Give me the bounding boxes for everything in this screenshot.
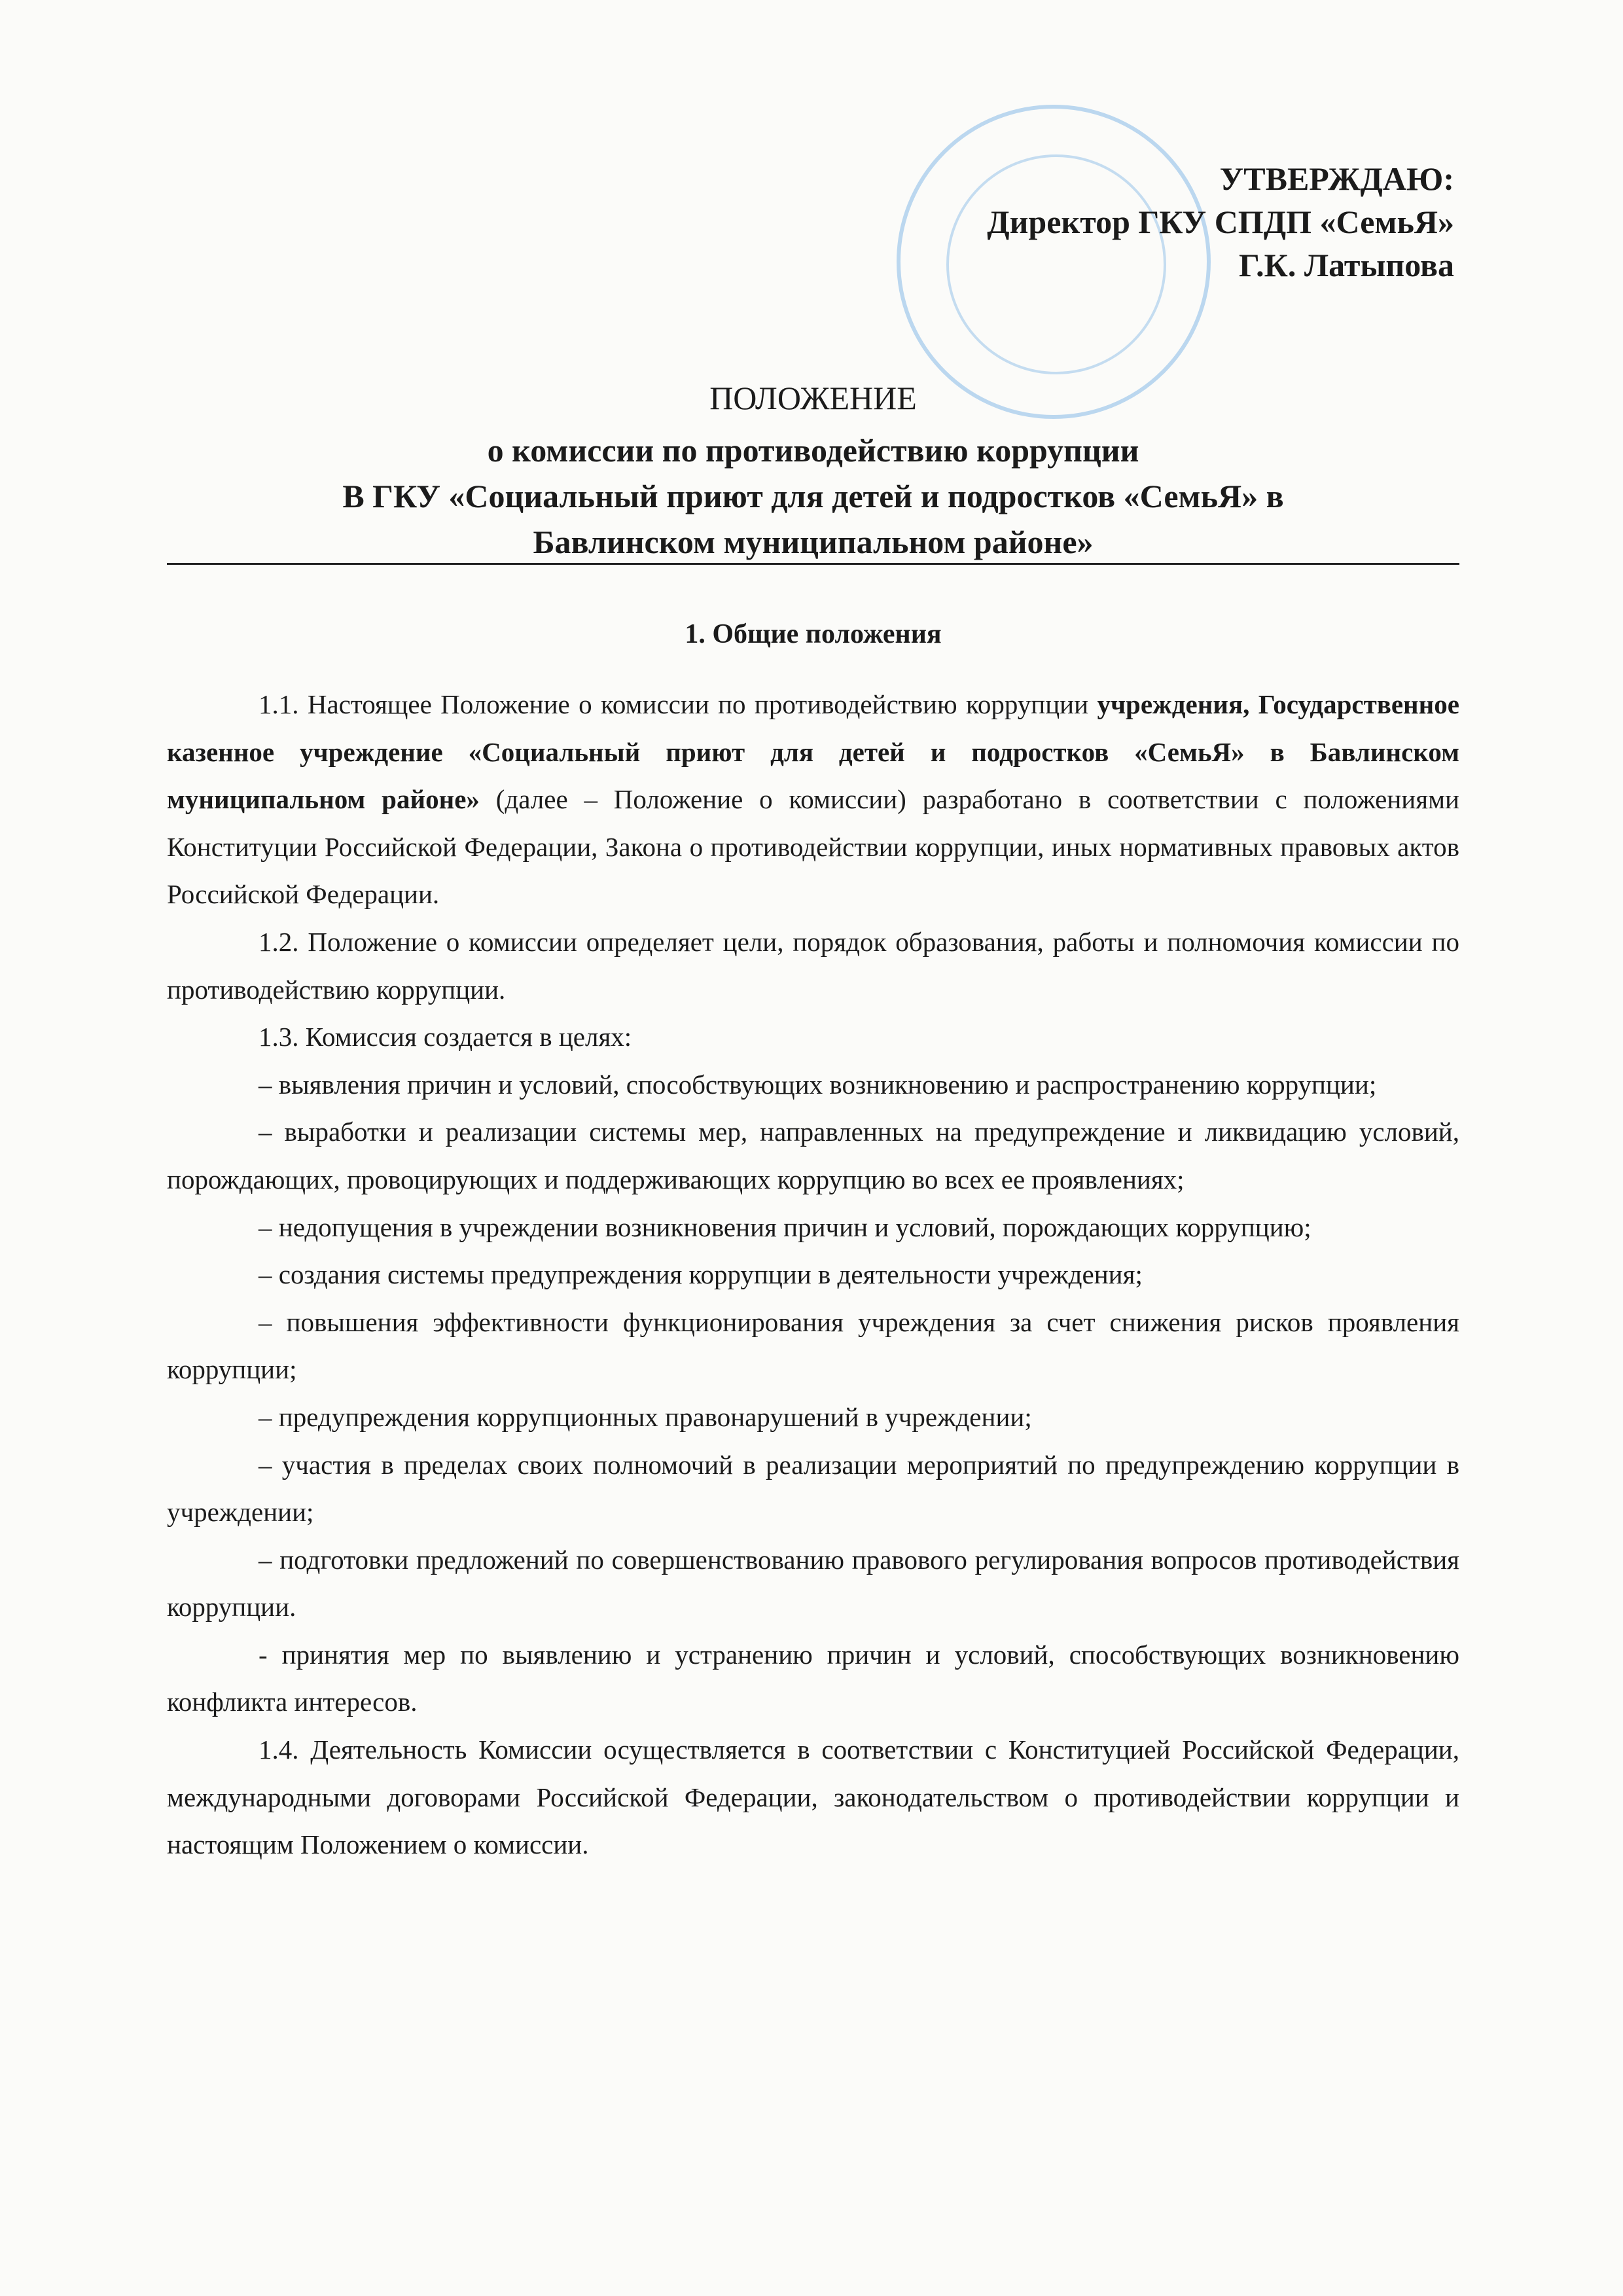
list-item: – подготовки предложений по совершенство…	[167, 1536, 1459, 1631]
list-item: – выявления причин и условий, способству…	[167, 1061, 1459, 1109]
approval-block: УТВЕРЖДАЮ: Директор ГКУ СПДП «СемьЯ» Г.К…	[987, 157, 1454, 287]
list-item: – участия в пределах своих полномочий в …	[167, 1441, 1459, 1536]
list-item: – создания системы предупреждения корруп…	[167, 1251, 1459, 1299]
document-subtitle-1: о комиссии по противодействию коррупции	[167, 429, 1459, 472]
list-item: – недопущения в учреждении возникновения…	[167, 1204, 1459, 1251]
paragraph-1-3: 1.3. Комиссия создается в целях:	[167, 1013, 1459, 1061]
document-body: 1.1. Настоящее Положение о комиссии по п…	[167, 681, 1459, 1869]
document-subtitle-3: Бавлинском муниципальном районе»	[167, 520, 1459, 564]
approval-signatory: Г.К. Латыпова	[987, 243, 1454, 287]
paragraph-1-4: 1.4. Деятельность Комиссии осуществляетс…	[167, 1726, 1459, 1869]
list-item: – повышения эффективности функционирован…	[167, 1299, 1459, 1393]
title-divider	[167, 563, 1459, 565]
document-title: ПОЛОЖЕНИЕ	[167, 376, 1459, 420]
list-item: – предупреждения коррупционных правонару…	[167, 1393, 1459, 1441]
list-item: – выработки и реализации системы мер, на…	[167, 1108, 1459, 1203]
document-subtitle-2: В ГКУ «Социальный приют для детей и подр…	[167, 475, 1459, 518]
p11-text-a: 1.1. Настоящее Положение о комиссии по п…	[259, 689, 1097, 719]
paragraph-1-1: 1.1. Настоящее Положение о комиссии по п…	[167, 681, 1459, 918]
approval-position: Директор ГКУ СПДП «СемьЯ»	[987, 200, 1454, 243]
approval-label: УТВЕРЖДАЮ:	[987, 157, 1454, 200]
paragraph-1-2: 1.2. Положение о комиссии определяет цел…	[167, 918, 1459, 1013]
section-heading: 1. Общие положения	[167, 619, 1459, 650]
list-item: - принятия мер по выявлению и устранению…	[167, 1631, 1459, 1726]
